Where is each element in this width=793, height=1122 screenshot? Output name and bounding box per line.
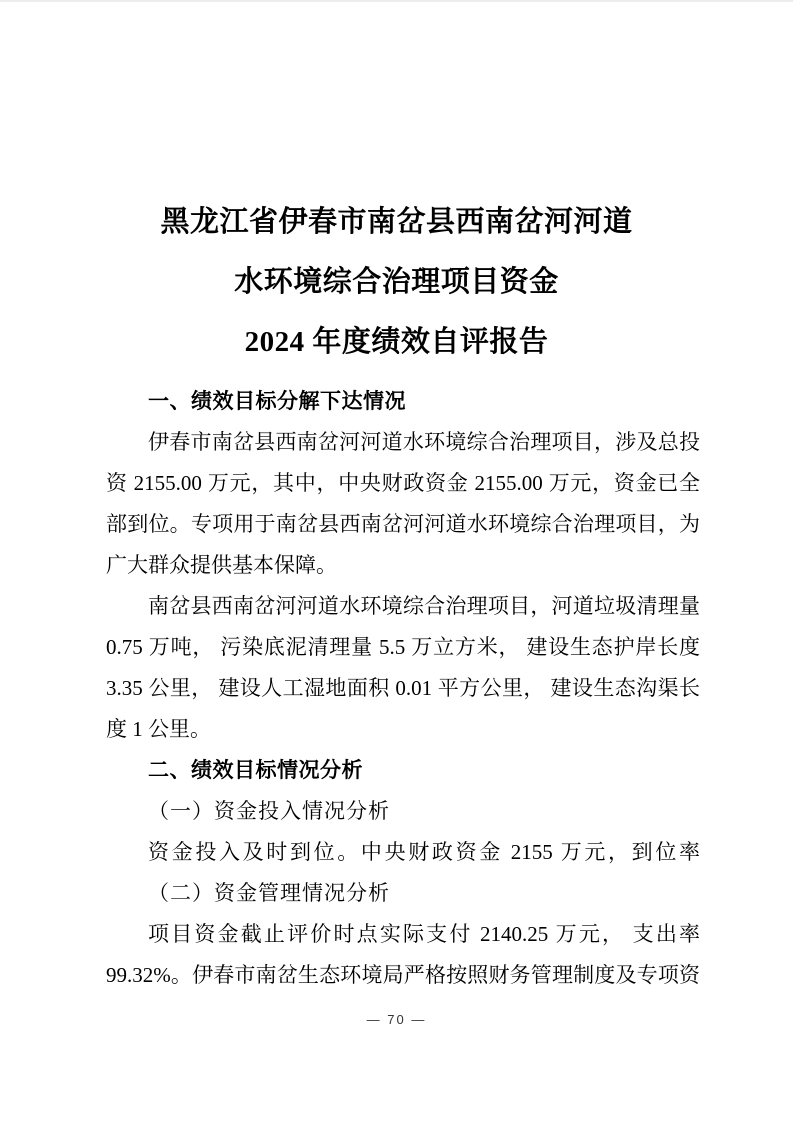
sub-heading: （一）资金投入情况分析 (106, 791, 700, 832)
body-text-line: 99.32%。伊春市南岔生态环境局严格按照财务管理制度及专项资 (106, 955, 700, 996)
report-title-line-1: 黑龙江省伊春市南岔县西南岔河河道 (0, 192, 793, 252)
document-body: 一、绩效目标分解下达情况伊春市南岔县西南岔河河道水环境综合治理项目，涉及总投资 … (106, 381, 700, 996)
report-title-line-3: 2024 年度绩效自评报告 (0, 312, 793, 372)
body-text-line: 广大群众提供基本保障。 (106, 545, 700, 586)
body-text-line: 0.75 万吨， 污染底泥清理量 5.5 万立方米， 建设生态护岸长度 (106, 627, 700, 668)
page-number: — 70 — (0, 1012, 793, 1027)
section-heading: 二、绩效目标情况分析 (106, 750, 700, 791)
report-title-line-2: 水环境综合治理项目资金 (0, 252, 793, 312)
body-text-line: 南岔县西南岔河河道水环境综合治理项目，河道垃圾清理量 (106, 586, 700, 627)
body-text-line: 项目资金截止评价时点实际支付 2140.25 万元， 支出率 (106, 914, 700, 955)
body-text-line: 3.35 公里， 建设人工湿地面积 0.01 平方公里， 建设生态沟渠长 (106, 668, 700, 709)
body-text-line: 伊春市南岔县西南岔河河道水环境综合治理项目，涉及总投 (106, 422, 700, 463)
section-heading: 一、绩效目标分解下达情况 (106, 381, 700, 422)
body-text-line: 度 1 公里。 (106, 709, 700, 750)
body-text-line: 资金投入及时到位。中央财政资金 2155 万元，到位率 100%。 (106, 832, 700, 873)
body-text-line: 资 2155.00 万元，其中，中央财政资金 2155.00 万元，资金已全 (106, 463, 700, 504)
sub-heading: （二）资金管理情况分析 (106, 873, 700, 914)
report-title: 黑龙江省伊春市南岔县西南岔河河道 水环境综合治理项目资金 2024 年度绩效自评… (0, 2, 793, 372)
body-text-line: 部到位。专项用于南岔县西南岔河河道水环境综合治理项目，为 (106, 504, 700, 545)
document-page: 黑龙江省伊春市南岔县西南岔河河道 水环境综合治理项目资金 2024 年度绩效自评… (0, 0, 793, 1122)
